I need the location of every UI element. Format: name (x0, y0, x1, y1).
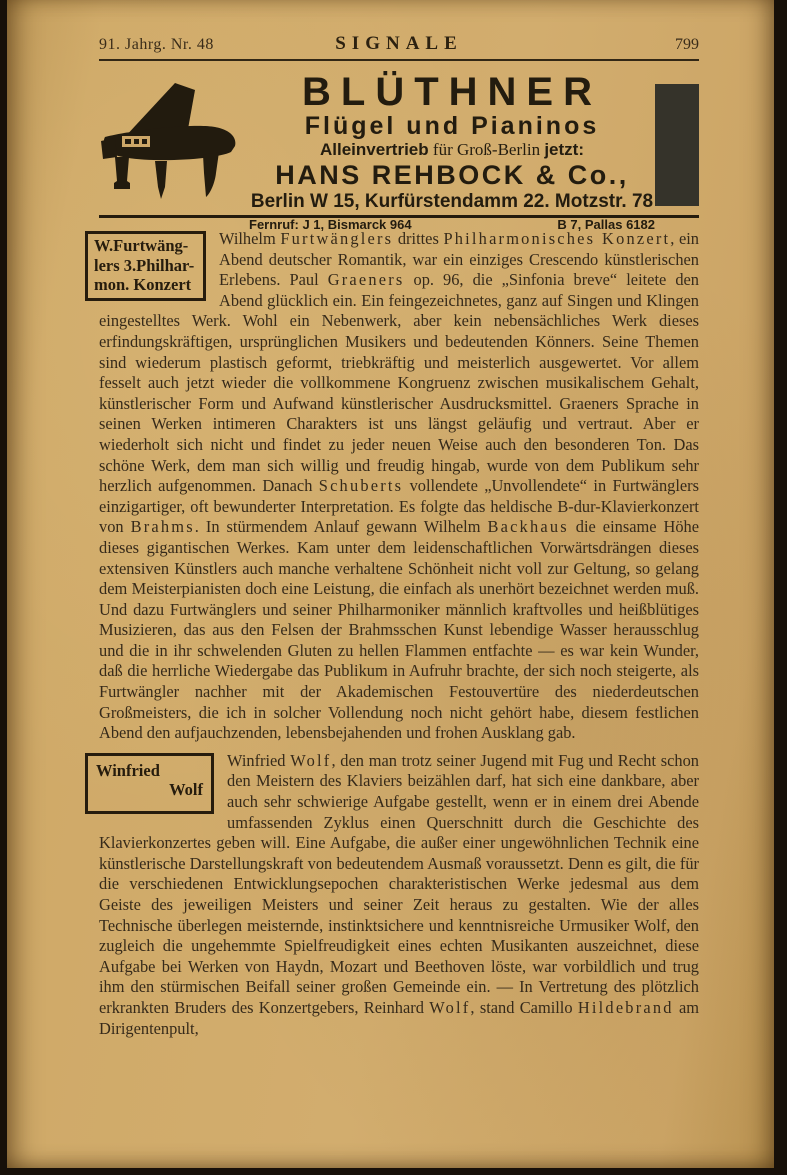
ad-distribution-bold-b: jetzt: (544, 140, 584, 159)
bluethner-advertisement: BLÜTHNER Flügel und Pianinos Alleinvertr… (99, 71, 699, 212)
ad-brand-name: BLÜTHNER (249, 72, 655, 113)
ad-black-bar (655, 84, 699, 206)
page-content: 91. Jahrg. Nr. 48 SIGNALE 799 (99, 0, 699, 1039)
page-number: 799 (675, 36, 699, 54)
ad-product-line: Flügel und Pianinos (249, 113, 655, 139)
ad-address: Berlin W 15, Kurfürstendamm 22. Motzstr.… (249, 191, 655, 213)
header-rule (99, 59, 699, 61)
article-furtwaengler-review: W.Furtwäng-lers 3.Philhar-mon. Konzert W… (99, 229, 699, 744)
ad-text-block: BLÜTHNER Flügel und Pianinos Alleinvertr… (249, 71, 655, 212)
grand-piano-icon (99, 71, 249, 212)
grand-piano-icon-svg (99, 75, 249, 209)
article-wolf-review: WinfriedWolf Winfried Wolf, den man trot… (99, 751, 699, 1039)
page-header: 91. Jahrg. Nr. 48 SIGNALE 799 (99, 33, 699, 55)
ad-distribution-plain: für Groß-Berlin (429, 140, 545, 159)
article-title-box: WinfriedWolf (85, 753, 214, 814)
magazine-page-scan: 91. Jahrg. Nr. 48 SIGNALE 799 (0, 0, 787, 1175)
paper-sheet: 91. Jahrg. Nr. 48 SIGNALE 799 (7, 0, 774, 1168)
ad-company-name: HANS REHBOCK & Co., (249, 160, 655, 190)
journal-title: SIGNALE (335, 33, 463, 55)
issue-info: 91. Jahrg. Nr. 48 (99, 36, 214, 54)
ad-distribution-line: Alleinvertrieb für Groß-Berlin jetzt: (249, 140, 655, 160)
article-body-text: Wilhelm Furtwänglers drittes Philharmoni… (99, 229, 699, 744)
article-title-box: W.Furtwäng-lers 3.Philhar-mon. Konzert (85, 231, 206, 301)
ad-distribution-bold-a: Alleinvertrieb (320, 140, 429, 159)
